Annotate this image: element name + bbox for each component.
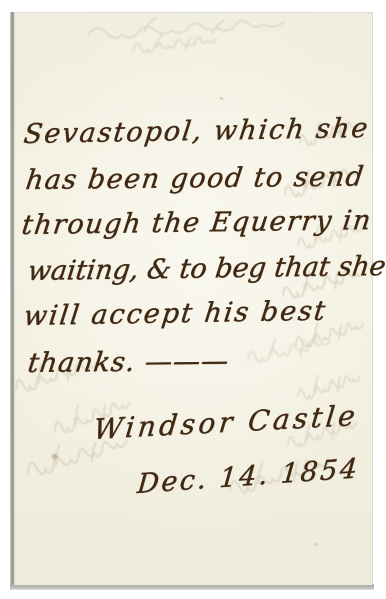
letter-paper: Sevastopol, which she has been good to s… — [14, 12, 373, 585]
handwritten-date-line: Dec. 14. 1854 — [136, 453, 361, 500]
handwritten-line-1: Sevastopol, which she — [22, 113, 371, 150]
paper-speck — [52, 454, 57, 459]
handwritten-line-6: thanks. ——— — [26, 346, 231, 379]
handwritten-line-4: waiting, & to beg that she — [26, 251, 386, 287]
handwritten-place-line: Windsor Castle — [92, 399, 360, 446]
paper-speck — [220, 97, 223, 100]
handwritten-line-5: will accept his best — [22, 296, 329, 332]
handwritten-line-2: has been good to send — [24, 161, 367, 196]
handwritten-line-3: through the Equerry in — [20, 205, 374, 241]
paper-speck — [314, 543, 317, 546]
letter-photo: Sevastopol, which she has been good to s… — [0, 0, 386, 599]
